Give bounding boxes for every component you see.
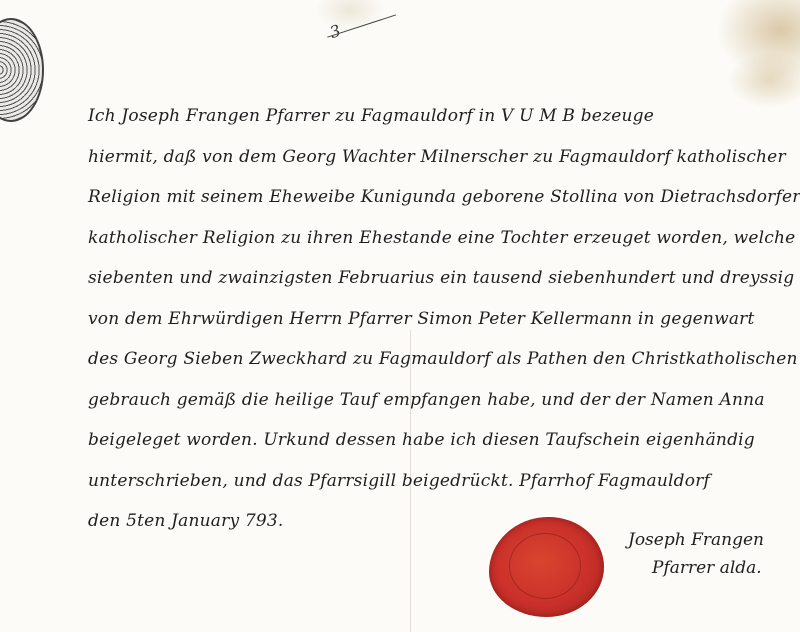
text-line: siebenten und zwainzigsten Februarius ei…: [88, 258, 788, 299]
text-line: katholischer Religion zu ihren Ehestande…: [88, 218, 788, 259]
text-line: Religion mit seinem Eheweibe Kunigunda g…: [88, 177, 788, 218]
signature-name: Joseph Frangen: [628, 525, 764, 555]
text-line: hiermit, daß von dem Georg Wachter Milne…: [88, 137, 788, 178]
signature-block: Joseph Frangen Pfarrer alda.: [628, 525, 764, 581]
text-line: von dem Ehrwürdigen Herrn Pfarrer Simon …: [88, 299, 788, 340]
signature-title: Pfarrer alda.: [628, 555, 764, 581]
text-line: unterschrieben, und das Pfarrsigill beig…: [88, 461, 788, 502]
text-line: Ich Joseph Frangen Pfarrer zu Fagmauldor…: [88, 96, 788, 137]
text-line: beigeleget worden. Urkund dessen habe ic…: [88, 420, 788, 461]
text-line: gebrauch gemäß die heilige Tauf empfange…: [88, 380, 788, 421]
certificate-text: Ich Joseph Frangen Pfarrer zu Fagmauldor…: [88, 96, 788, 542]
wax-seal-icon: [489, 517, 604, 617]
text-line: des Georg Sieben Zweckhard zu Fagmauldor…: [88, 339, 788, 380]
